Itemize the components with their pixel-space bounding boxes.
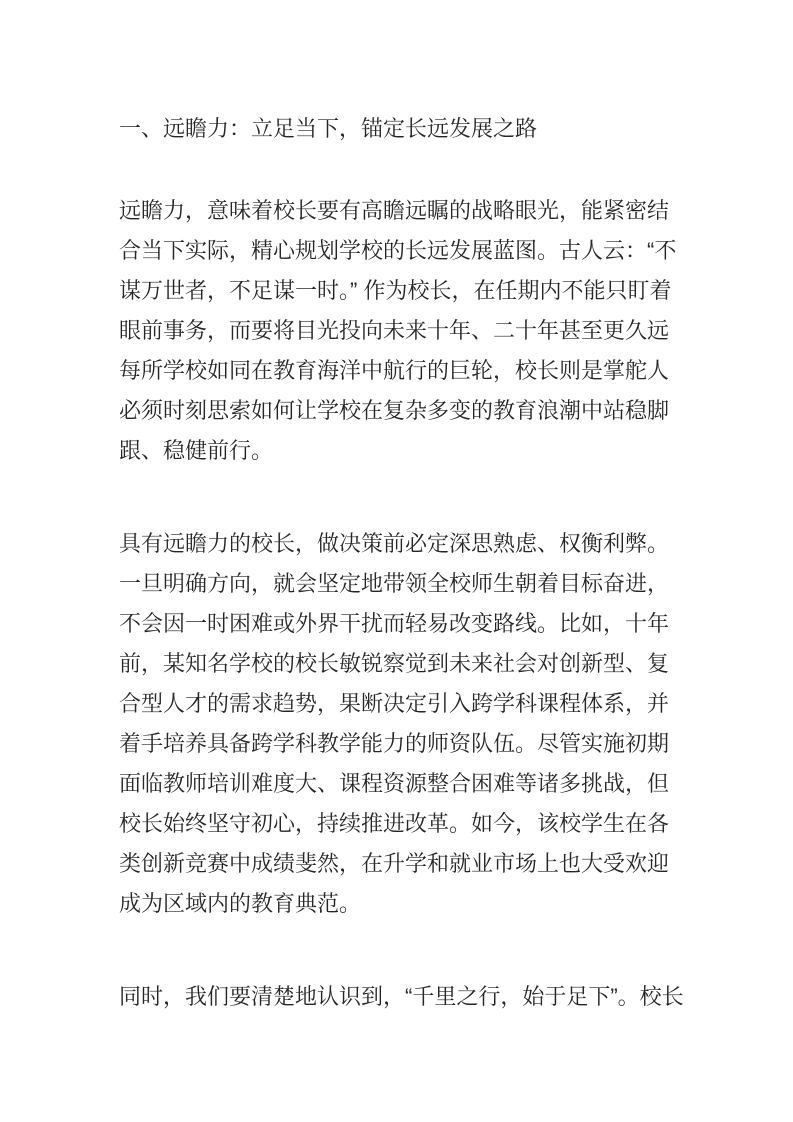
paragraph: 同时，我们要清楚地认识到，“千里之行，始于足下”。校长	[119, 977, 675, 1017]
paragraph: 具有远瞻力的校长，做决策前必定深思熟虑、权衡利弊。 一旦明确方向，就会坚定地带领…	[119, 524, 675, 924]
document-page: 一、远瞻力：立足当下，锚定长远发展之路 远瞻力，意味着校长要有高瞻远瞩的战略眼光…	[0, 0, 793, 1122]
paragraph: 远瞻力，意味着校长要有高瞻远瞩的战略眼光，能紧密结 合当下实际，精心规划学校的长…	[119, 191, 675, 471]
section-heading: 一、远瞻力：立足当下，锚定长远发展之路	[119, 109, 675, 149]
